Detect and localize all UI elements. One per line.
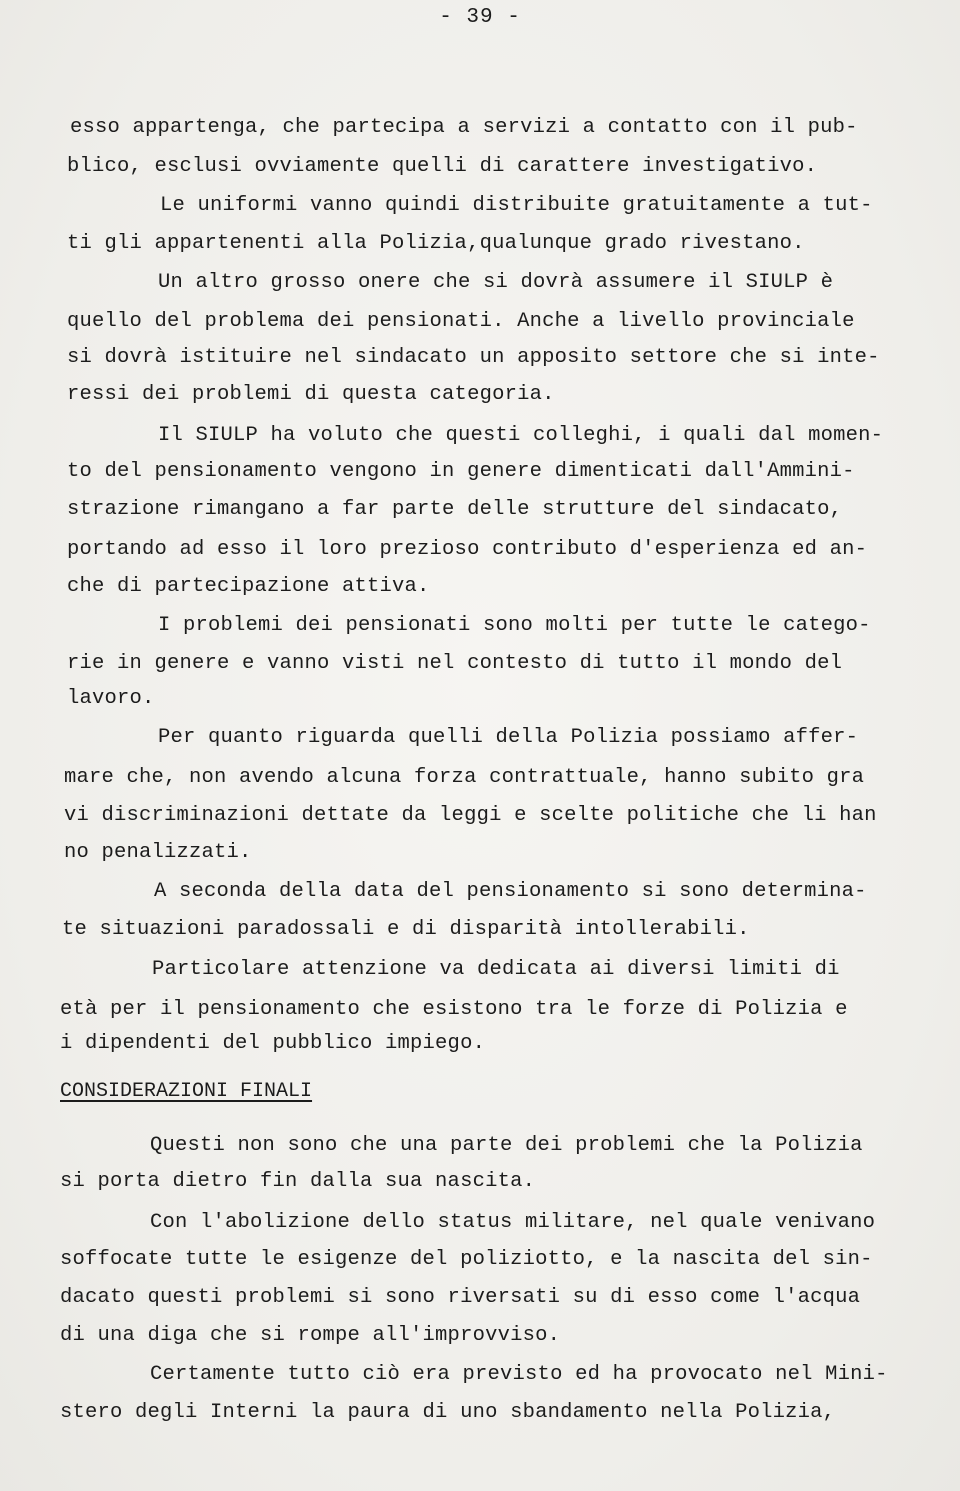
text-line: Il SIULP ha voluto che questi colleghi, … — [158, 426, 883, 447]
text-line: vi discriminazioni dettate da leggi e sc… — [64, 806, 877, 827]
text-line: Questi non sono che una parte dei proble… — [150, 1136, 863, 1157]
text-line: ti gli appartenenti alla Polizia,qualunq… — [67, 234, 805, 255]
text-line: rie in genere e vanno visti nel contesto… — [67, 654, 842, 675]
text-line: Un altro grosso onere che si dovrà assum… — [158, 273, 833, 294]
text-line: età per il pensionamento che esistono tr… — [60, 1000, 848, 1021]
text-line: ressi dei problemi di questa categoria. — [67, 385, 555, 406]
text-line: lavoro. — [67, 689, 155, 710]
text-line: di una diga che si rompe all'improvviso. — [60, 1326, 560, 1347]
text-line: to del pensionamento vengono in genere d… — [67, 462, 855, 483]
text-line: Particolare attenzione va dedicata ai di… — [152, 960, 840, 981]
text-line: dacato questi problemi si sono riversati… — [60, 1288, 860, 1309]
text-line: no penalizzati. — [64, 843, 252, 864]
text-line: te situazioni paradossali e di disparità… — [62, 920, 750, 941]
text-line: Con l'abolizione dello status militare, … — [150, 1213, 875, 1234]
text-line: i dipendenti del pubblico impiego. — [60, 1034, 485, 1055]
text-line: si porta dietro fin dalla sua nascita. — [60, 1172, 535, 1193]
text-line: strazione rimangano a far parte delle st… — [67, 500, 842, 521]
text-line: esso appartenga, che partecipa a servizi… — [70, 118, 858, 139]
text-line: Per quanto riguarda quelli della Polizia… — [158, 728, 858, 749]
page-number: - 39 - — [0, 6, 960, 29]
section-heading: CONSIDERAZIONI FINALI — [60, 1080, 312, 1103]
text-line: che di partecipazione attiva. — [67, 577, 430, 598]
text-line: stero degli Interni la paura di uno sban… — [60, 1403, 835, 1424]
text-line: si dovrà istituire nel sindacato un appo… — [67, 348, 880, 369]
text-line: A seconda della data del pensionamento s… — [154, 882, 867, 903]
text-line: portando ad esso il loro prezioso contri… — [67, 540, 867, 561]
text-line: quello del problema dei pensionati. Anch… — [67, 312, 855, 333]
text-line: soffocate tutte le esigenze del poliziot… — [60, 1250, 873, 1271]
text-line: blico, esclusi ovviamente quelli di cara… — [67, 157, 817, 178]
text-line: I problemi dei pensionati sono molti per… — [158, 616, 871, 637]
text-line: mare che, non avendo alcuna forza contra… — [64, 768, 864, 789]
text-line: Le uniformi vanno quindi distribuite gra… — [160, 196, 873, 217]
document-page: - 39 - esso appartenga, che partecipa a … — [0, 0, 960, 1491]
text-line: Certamente tutto ciò era previsto ed ha … — [150, 1365, 888, 1386]
